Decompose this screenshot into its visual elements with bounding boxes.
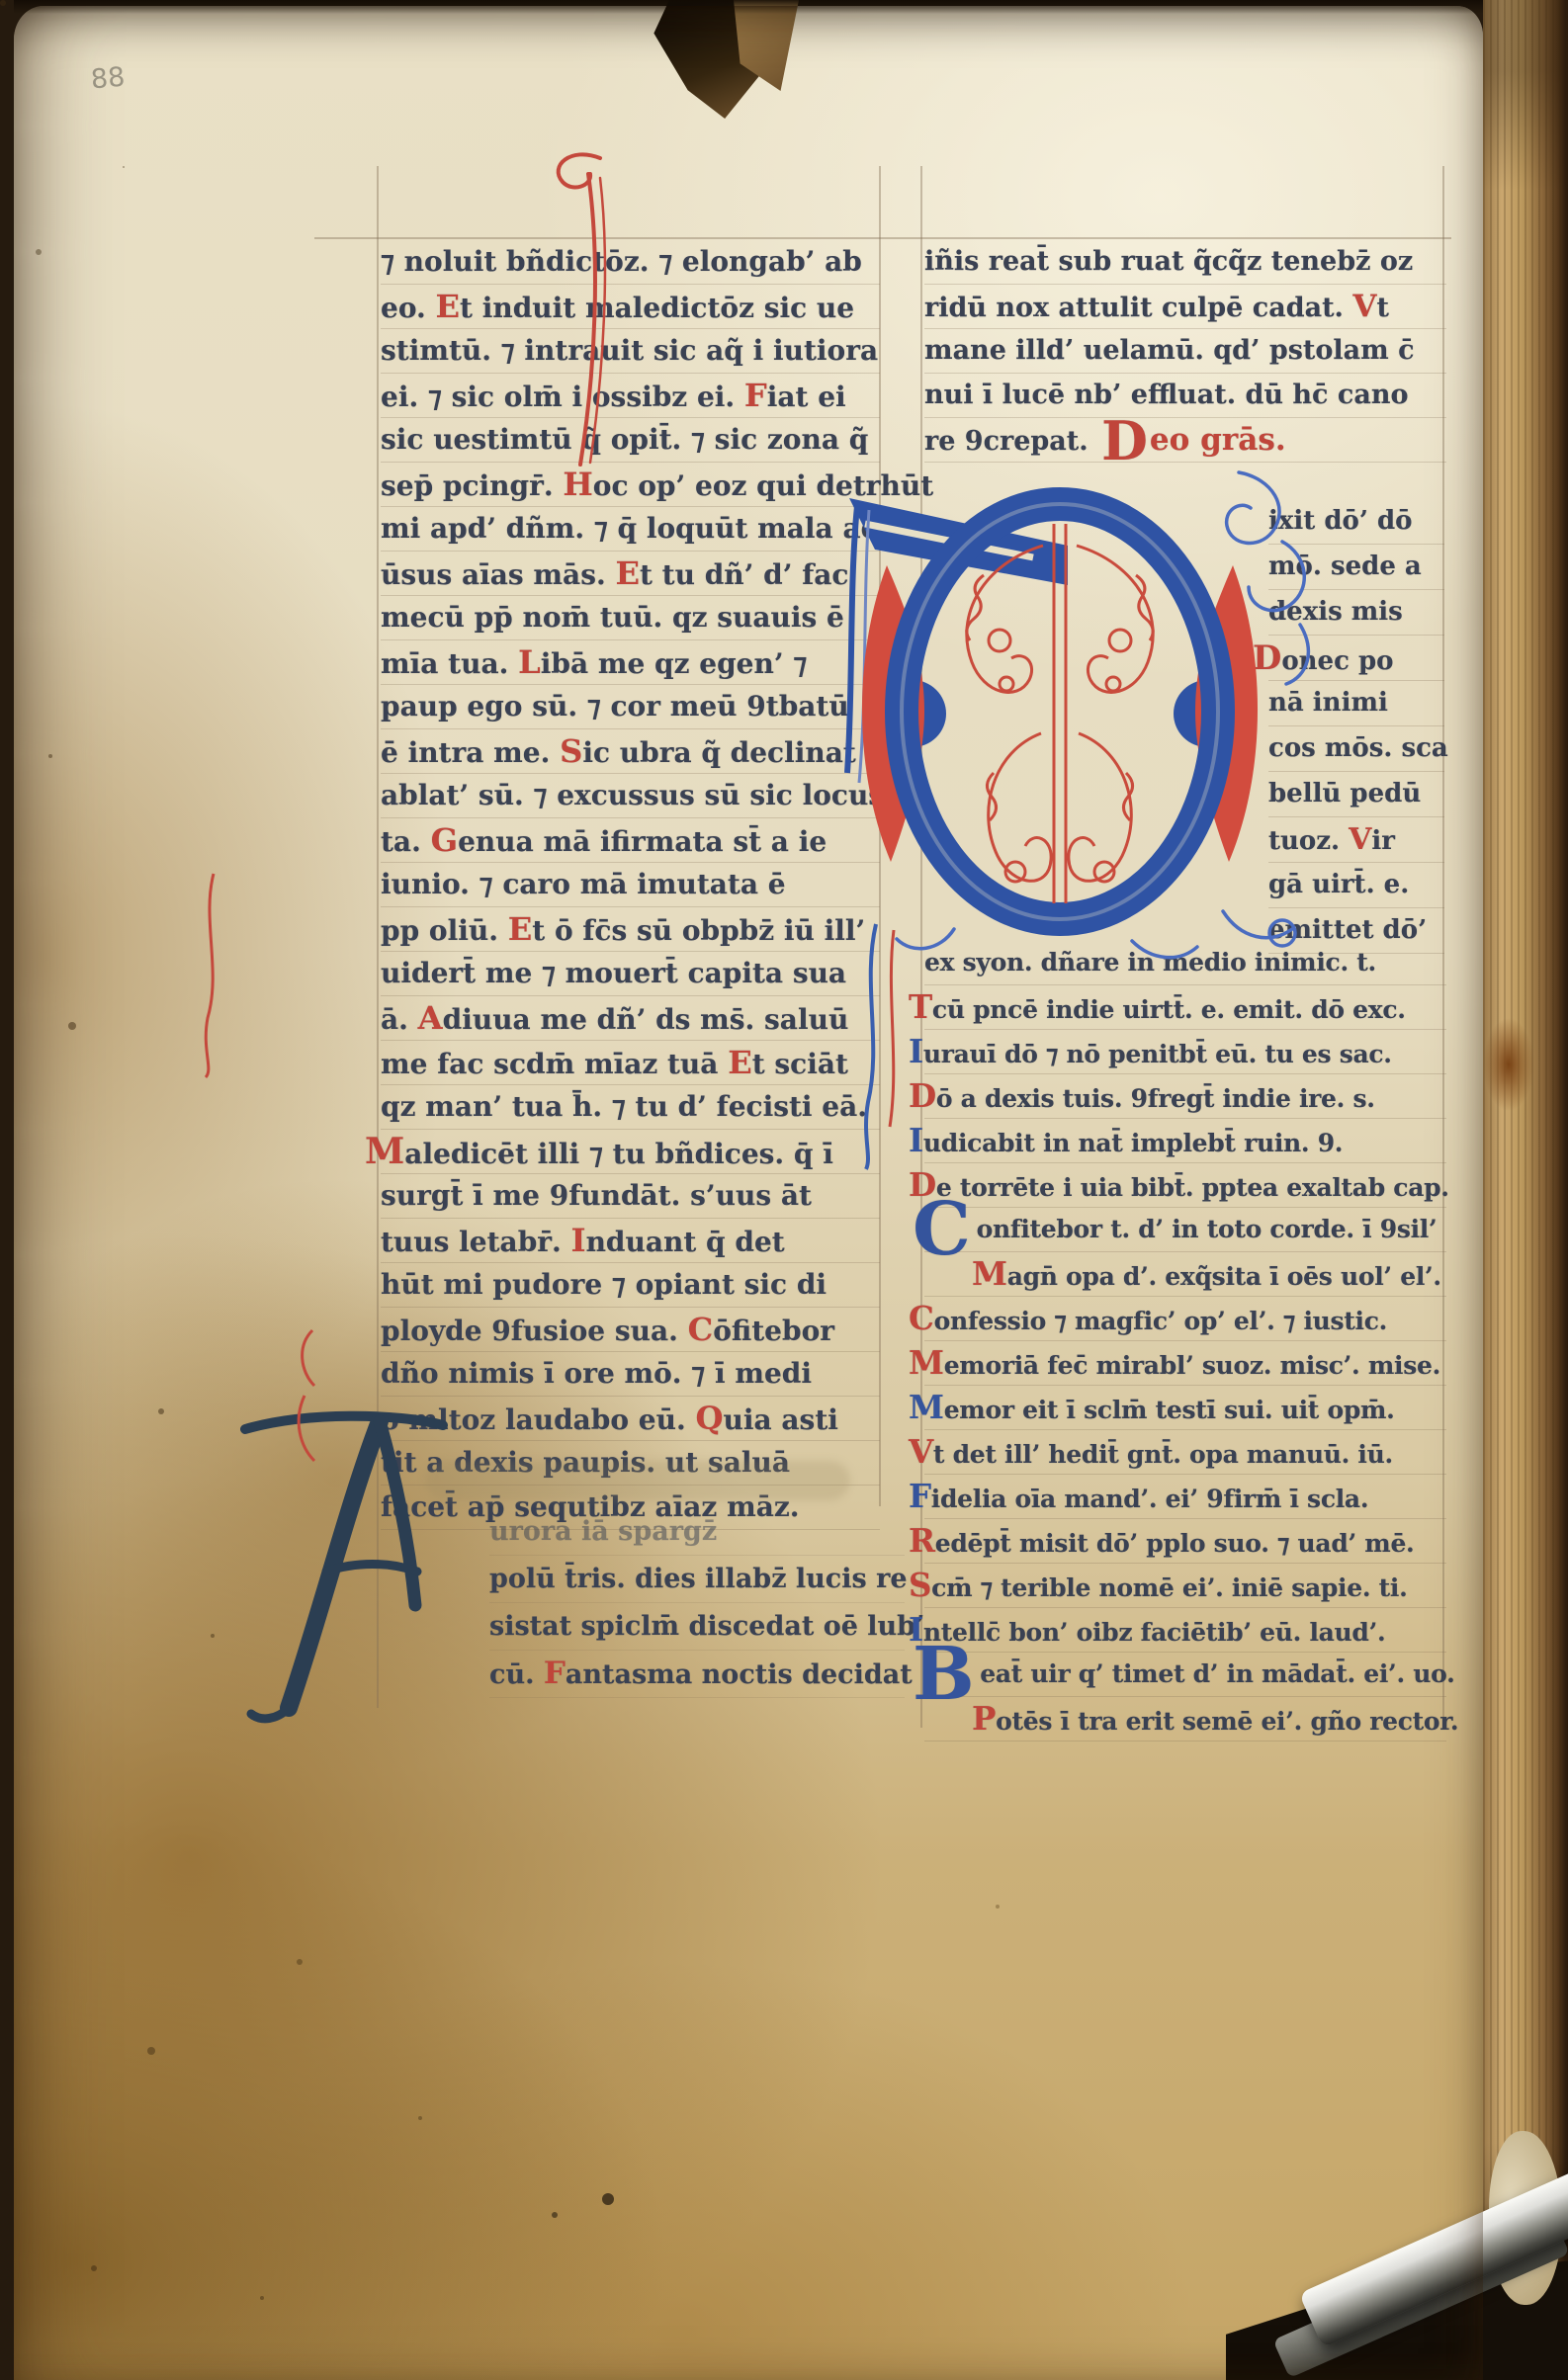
versal-initial: L bbox=[518, 643, 541, 681]
versal-initial: E bbox=[508, 910, 533, 948]
text-line: mi apd’ dñm. ⁊ q̄ loquūt mala ad bbox=[381, 507, 880, 552]
text-line: ployde 9fusioe sua. Cōfitebor bbox=[381, 1308, 880, 1352]
text-line: Memor eit ī sclm̄ testī sui. uit̄ opm̄. bbox=[924, 1386, 1446, 1430]
manuscript-text: qz man’ tua h̄. ⁊ tu d’ fecisti eā. bbox=[381, 1090, 867, 1123]
versal-initial: E bbox=[615, 554, 640, 592]
text-line: Confessio ⁊ magfic’ op’ el’. ⁊ iustic. bbox=[924, 1297, 1446, 1341]
versal-initial: S bbox=[560, 732, 582, 770]
left-hymn-block: urora iā spargz̄polū t̄ris. dies illabz̄… bbox=[489, 1508, 905, 1698]
manuscript-text: uidert̄ me ⁊ mouert̄ capita sua bbox=[381, 957, 846, 989]
text-line: Maledicēt illi ⁊ tu bñdices. q̄ ī bbox=[381, 1130, 880, 1174]
manuscript-text: ūsus aīas mās. bbox=[381, 558, 615, 591]
text-line: surgt̄ ī me 9fundāt. s’uus āt bbox=[381, 1174, 880, 1219]
versal-initial: Q bbox=[695, 1400, 723, 1437]
manuscript-text: mīa tua. bbox=[381, 647, 518, 680]
versal-initial: C bbox=[913, 1206, 971, 1253]
text-line: ūsus aīas mās. Et tu dñ’ d’ fac bbox=[381, 552, 880, 596]
manuscript-text: nduant q̄ det bbox=[586, 1226, 785, 1258]
right-text-column-top: iñis reat̄ sub ruat q̃cq̃z tenebz̄ ozrid… bbox=[924, 240, 1446, 463]
versal-initial: E bbox=[436, 288, 461, 325]
text-line: nui ī lucē nb’ effluat. dū hc̄ cano bbox=[924, 374, 1446, 418]
text-line: pp oliū. Et ō fc̄s sū obpbz̄ iū ill’ bbox=[381, 907, 880, 952]
manuscript-text: diuua me dñ’ ds ms̄. saluū bbox=[443, 1003, 849, 1036]
folio-number: 88 bbox=[90, 62, 127, 96]
text-line: uidert̄ me ⁊ mouert̄ capita sua bbox=[381, 952, 880, 996]
stain-speckles bbox=[0, 0, 6, 6]
manuscript-text: me fac scdm̄ mīaz tuā bbox=[381, 1048, 728, 1080]
manuscript-text: eo. bbox=[381, 292, 436, 324]
manuscript-text: enua mā ifirmata st̄ a ie bbox=[458, 825, 827, 858]
versal-initial: C bbox=[909, 1299, 934, 1337]
versal-initial: P bbox=[972, 1699, 996, 1738]
text-line: urora iā spargz̄ bbox=[489, 1508, 905, 1556]
versal-initial: V bbox=[1352, 289, 1376, 324]
versal-initial: F bbox=[544, 1656, 566, 1691]
versal-initial: R bbox=[909, 1521, 935, 1560]
text-line: ā. Adiuua me dñ’ ds ms̄. saluū bbox=[381, 996, 880, 1041]
text-line: Iurauī dō ⁊ nō penitbt̄ eū. tu es sac. bbox=[924, 1030, 1446, 1074]
text-line: sistat spiclm̄ discedat oē lub’ bbox=[489, 1603, 905, 1651]
text-line: Confitebor t. d’ in toto corde. ī 9sil’ bbox=[924, 1208, 1446, 1252]
text-line: polū t̄ris. dies illabz̄ lucis re bbox=[489, 1556, 905, 1603]
text-line: mīa tua. Libā me qz egen’ ⁊ bbox=[381, 640, 880, 685]
versal-initial: G bbox=[431, 821, 459, 859]
manuscript-text: mane illd’ uelamū. qd’ pstolam c̄ bbox=[924, 335, 1415, 366]
text-line: Fidelia oīa mand’. ei’ 9firm̄ ī scla. bbox=[924, 1475, 1446, 1519]
manuscript-text: ibā me qz egen’ ⁊ bbox=[541, 647, 808, 680]
manuscript-text: onfitebor t. d’ in toto corde. ī 9sil’ bbox=[977, 1215, 1437, 1243]
manuscript-text: ntellc̄ bon’ oibz faciētib’ eū. laud’. bbox=[923, 1618, 1386, 1647]
text-line: mane illd’ uelamū. qd’ pstolam c̄ bbox=[924, 329, 1446, 374]
manuscript-text: cū. bbox=[489, 1659, 544, 1690]
text-line: De torrēte i uia bibt̄. pptea exaltab ca… bbox=[924, 1163, 1446, 1208]
manuscript-text: t bbox=[1376, 293, 1388, 323]
manuscript-text: t ō fc̄s sū obpbz̄ iū ill’ bbox=[532, 914, 865, 947]
text-line: ridū nox attulit culpē cadat. Vt bbox=[924, 285, 1446, 329]
manuscript-text: mi apd’ dñm. ⁊ q̄ loquūt mala ad bbox=[381, 512, 880, 545]
versal-initial: S bbox=[909, 1566, 931, 1604]
versal-initial: V bbox=[909, 1432, 933, 1471]
versal-initial: A bbox=[418, 999, 443, 1037]
manuscript-text: eat̄ uir q’ timet d’ in mādat̄. ei’. uo. bbox=[980, 1659, 1454, 1688]
text-line: Dō a dexis tuis. 9fregt̄ indie ire. s. bbox=[924, 1074, 1446, 1119]
manuscript-text: cū pncē indie uirtt̄. e. emit. dō exc. bbox=[932, 995, 1406, 1024]
erased-line-smudge bbox=[425, 1461, 850, 1500]
manuscript-text: ployde 9fusioe sua. bbox=[381, 1315, 688, 1347]
page-top-shadow bbox=[14, 0, 1483, 14]
text-line: paup ego sū. ⁊ cor meū 9tbatū bbox=[381, 685, 880, 729]
manuscript-text: tuus letabr̄. bbox=[381, 1226, 571, 1258]
manuscript-text: e torrēte i uia bibt̄. pptea exaltab cap… bbox=[936, 1173, 1449, 1202]
manuscript-text: sistat spiclm̄ discedat oē lub’ bbox=[489, 1611, 924, 1642]
text-line: Potēs ī tra erit semē ei’. gño rector. bbox=[924, 1697, 1446, 1742]
text-line: ē intra me. Sic ubra q̃ declinat bbox=[381, 729, 880, 774]
penwork-descender-icon bbox=[842, 924, 921, 1171]
text-line: tuus letabr̄. Induant q̄ det bbox=[381, 1219, 880, 1263]
manuscript-text: onfessio ⁊ magfic’ op’ el’. ⁊ iustic. bbox=[934, 1307, 1388, 1335]
text-line: Memoriā fec̄ mirabl’ suoz. misc’. mise. bbox=[924, 1341, 1446, 1386]
manuscript-text: agn̄ opa d’. exq̃sita ī oēs uol’ el’. bbox=[1007, 1262, 1441, 1291]
manuscript-text: otēs ī tra erit semē ei’. gño rector. bbox=[996, 1707, 1458, 1736]
versal-initial: B bbox=[913, 1651, 974, 1698]
manuscript-text: emoriā fec̄ mirabl’ suoz. misc’. mise. bbox=[944, 1351, 1440, 1380]
text-line: iñis reat̄ sub ruat q̃cq̃z tenebz̄ oz bbox=[924, 240, 1446, 285]
text-line: me fac scdm̄ mīaz tuā Et sciāt bbox=[381, 1041, 880, 1085]
manuscript-text: urauī dō ⁊ nō penitbt̄ eū. tu es sac. bbox=[923, 1040, 1392, 1068]
text-line: Scm̄ ⁊ terible nomē ei’. iniē sapie. ti. bbox=[924, 1564, 1446, 1608]
text-line: mecū pp̄ nom̄ tuū. qz suauis ē bbox=[381, 596, 880, 640]
illuminated-initial-D bbox=[835, 447, 1359, 980]
right-text-column-lower: ex syon. dñare in medio inimic. t.Tcū pn… bbox=[924, 941, 1446, 1742]
manuscript-text: aledicēt illi ⁊ tu bñdices. q̄ ī bbox=[404, 1138, 833, 1170]
photograph-of-manuscript: 88 ⁊ noluit bñdictōz. ⁊ elongab’ abeo. E… bbox=[0, 0, 1568, 2380]
text-line: Tcū pncē indie uirtt̄. e. emit. dō exc. bbox=[924, 985, 1446, 1030]
manuscript-text: ir bbox=[1371, 826, 1395, 856]
versal-initial: M bbox=[972, 1254, 1007, 1293]
text-line: ta. Genua mā ifirmata st̄ a ie bbox=[381, 818, 880, 863]
manuscript-text: idelia oīa mand’. ei’ 9firm̄ ī scla. bbox=[931, 1485, 1368, 1513]
manuscript-text: uia asti bbox=[724, 1403, 838, 1436]
manuscript-text: nui ī lucē nb’ effluat. dū hc̄ cano bbox=[924, 380, 1408, 410]
versal-initial: C bbox=[688, 1311, 714, 1348]
text-line: Intellc̄ bon’ oibz faciētib’ eū. laud’. bbox=[924, 1608, 1446, 1653]
text-line: qz man’ tua h̄. ⁊ tu d’ fecisti eā. bbox=[381, 1085, 880, 1130]
manuscript-text: urora iā spargz̄ bbox=[489, 1516, 717, 1547]
text-line: iunio. ⁊ caro mā imutata ē bbox=[381, 863, 880, 907]
text-line: Magn̄ opa d’. exq̃sita ī oēs uol’ el’. bbox=[924, 1252, 1446, 1297]
manuscript-text: iat ei bbox=[767, 381, 846, 413]
manuscript-text: hūt mi pudore ⁊ opiant sic di bbox=[381, 1268, 827, 1301]
red-margin-hooks-icon bbox=[279, 1322, 348, 1471]
text-line: ablat’ sū. ⁊ excussus sū sic locust̄ bbox=[381, 774, 880, 818]
text-line: Redēpt̄ misit dō’ pplo suo. ⁊ uad’ mē. bbox=[924, 1519, 1446, 1564]
manuscript-text: antasma noctis decidat bbox=[566, 1659, 913, 1690]
manuscript-text: iunio. ⁊ caro mā imutata ē bbox=[381, 868, 786, 900]
manuscript-text: ā. bbox=[381, 1003, 418, 1036]
manuscript-text: pp oliū. bbox=[381, 914, 508, 947]
manuscript-text: polū t̄ris. dies illabz̄ lucis re bbox=[489, 1564, 908, 1594]
manuscript-text: ta. bbox=[381, 825, 431, 858]
versal-initial: M bbox=[909, 1343, 944, 1382]
manuscript-text: iñis reat̄ sub ruat q̃cq̃z tenebz̄ oz bbox=[924, 246, 1413, 277]
top-ruling-line bbox=[314, 237, 1451, 239]
rust-spot bbox=[1483, 1018, 1534, 1111]
manuscript-text: t sciāt bbox=[752, 1048, 848, 1080]
versal-initial: F bbox=[744, 377, 767, 414]
book-fore-edge bbox=[1483, 0, 1568, 2380]
manuscript-text: surgt̄ ī me 9fundāt. s’uus āt bbox=[381, 1179, 812, 1212]
manuscript-text: t tu dñ’ d’ fac bbox=[640, 558, 848, 591]
versal-initial: M bbox=[365, 1130, 404, 1172]
manuscript-text: mecū pp̄ nom̄ tuū. qz suauis ē bbox=[381, 601, 844, 634]
manuscript-text: t det ill’ hedit̄ gnt̄. opa manuū. iū. bbox=[933, 1440, 1393, 1469]
text-line: cū. Fantasma noctis decidat bbox=[489, 1651, 905, 1698]
manuscript-text: ē intra me. bbox=[381, 736, 560, 769]
manuscript-text: sep̄ pcingr̄. bbox=[381, 469, 563, 502]
versal-initial: F bbox=[909, 1477, 931, 1515]
manuscript-text: cm̄ ⁊ terible nomē ei’. iniē sapie. ti. bbox=[931, 1573, 1407, 1602]
manuscript-text: t induit maledictōz sic ue bbox=[460, 292, 854, 324]
manuscript-text: ic ubra q̃ declinat bbox=[582, 736, 856, 769]
red-flourish-icon bbox=[539, 138, 638, 474]
manuscript-text: paup ego sū. ⁊ cor meū 9tbatū bbox=[381, 690, 849, 722]
text-line: hūt mi pudore ⁊ opiant sic di bbox=[381, 1263, 880, 1308]
manuscript-text: ōfitebor bbox=[713, 1315, 834, 1347]
versal-initial: M bbox=[909, 1388, 944, 1426]
manuscript-text: ridū nox attulit culpē cadat. bbox=[924, 293, 1352, 323]
manuscript-text: emor eit ī sclm̄ testī sui. uit̄ opm̄. bbox=[944, 1396, 1395, 1424]
manuscript-text: ablat’ sū. ⁊ excussus sū sic locust̄ bbox=[381, 779, 897, 811]
text-line: Vt det ill’ hedit̄ gnt̄. opa manuū. iū. bbox=[924, 1430, 1446, 1475]
manuscript-text: edēpt̄ misit dō’ pplo suo. ⁊ uad’ mē. bbox=[935, 1529, 1415, 1558]
manuscript-text: ō a dexis tuis. 9fregt̄ indie ire. s. bbox=[936, 1084, 1375, 1113]
text-line: Iudicabit in nat̄ implebt̄ ruin. 9. bbox=[924, 1119, 1446, 1163]
versal-initial: E bbox=[728, 1044, 752, 1081]
manuscript-text: udicabit in nat̄ implebt̄ ruin. 9. bbox=[923, 1129, 1343, 1157]
text-line: Beat̄ uir q’ timet d’ in mādat̄. ei’. uo… bbox=[924, 1653, 1446, 1697]
red-margin-squiggle-icon bbox=[194, 868, 233, 1080]
versal-initial: I bbox=[571, 1222, 586, 1259]
